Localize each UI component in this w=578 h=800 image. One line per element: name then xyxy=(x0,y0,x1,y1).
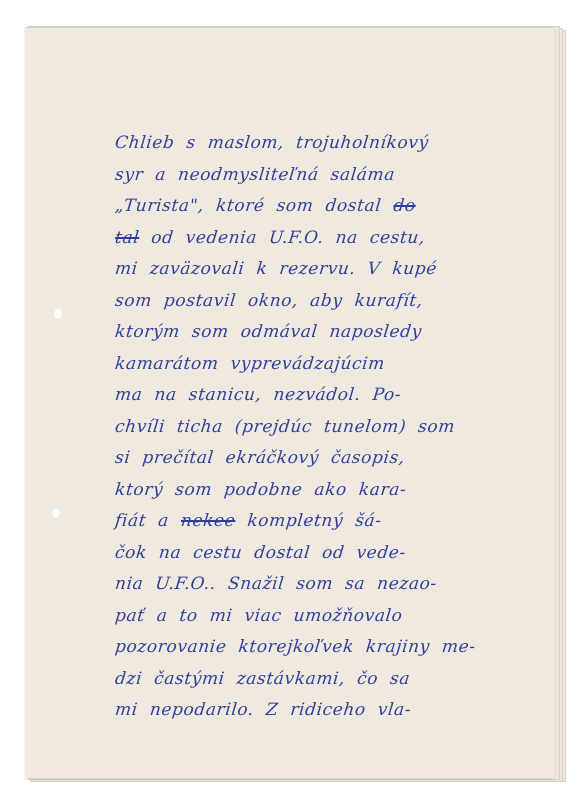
text-line: pozorovanie ktorejkoľvek krajiny me- xyxy=(113,632,461,664)
text-line: fiát a nekee kompletný šá- xyxy=(113,506,461,538)
text-line: syr a neodmysliteľná saláma xyxy=(113,160,461,192)
punch-hole xyxy=(51,507,61,519)
manuscript-page: Chlieb s maslom, trojuholníkový syr a ne… xyxy=(25,27,554,778)
text-line: chvíli ticha (prejdúc tunelom) som xyxy=(113,412,461,444)
text-line: mi zaväzovali k rezervu. V kupé xyxy=(113,254,461,286)
punch-hole xyxy=(53,308,63,320)
document-scene: Chlieb s maslom, trojuholníkový syr a ne… xyxy=(0,0,578,800)
text-line: ma na stanicu, nezvádol. Po- xyxy=(113,380,461,412)
text-line: pať a to mi viac umožňovalo xyxy=(113,601,461,633)
text-line: mi nepodarilo. Z ridiceho vla- xyxy=(113,695,461,727)
text-line: čok na cestu dostal od vede- xyxy=(113,538,461,570)
text-line: „Turista", ktoré som dostal do xyxy=(113,191,461,223)
struck-word: nekee xyxy=(180,511,237,531)
text-line: nia U.F.O.. Snažil som sa nezao- xyxy=(113,569,461,601)
text-line: kamarátom vyprevádzajúcim xyxy=(113,349,461,381)
struck-word: tal xyxy=(114,228,140,248)
text-line: ktorým som odmával naposledy xyxy=(113,317,461,349)
text-line: Chlieb s maslom, trojuholníkový xyxy=(113,128,461,160)
struck-word: do xyxy=(392,196,416,216)
text-line: tal od vedenia U.F.O. na cestu, xyxy=(113,223,461,255)
handwritten-text: Chlieb s maslom, trojuholníkový syr a ne… xyxy=(115,128,460,727)
text-line: si prečítal ekráčkový časopis, xyxy=(113,443,461,475)
text-line: ktorý som podobne ako kara- xyxy=(113,475,461,507)
text-line: dzi častými zastávkami, čo sa xyxy=(113,664,461,696)
text-line: som postavil okno, aby kurafít, xyxy=(113,286,461,318)
